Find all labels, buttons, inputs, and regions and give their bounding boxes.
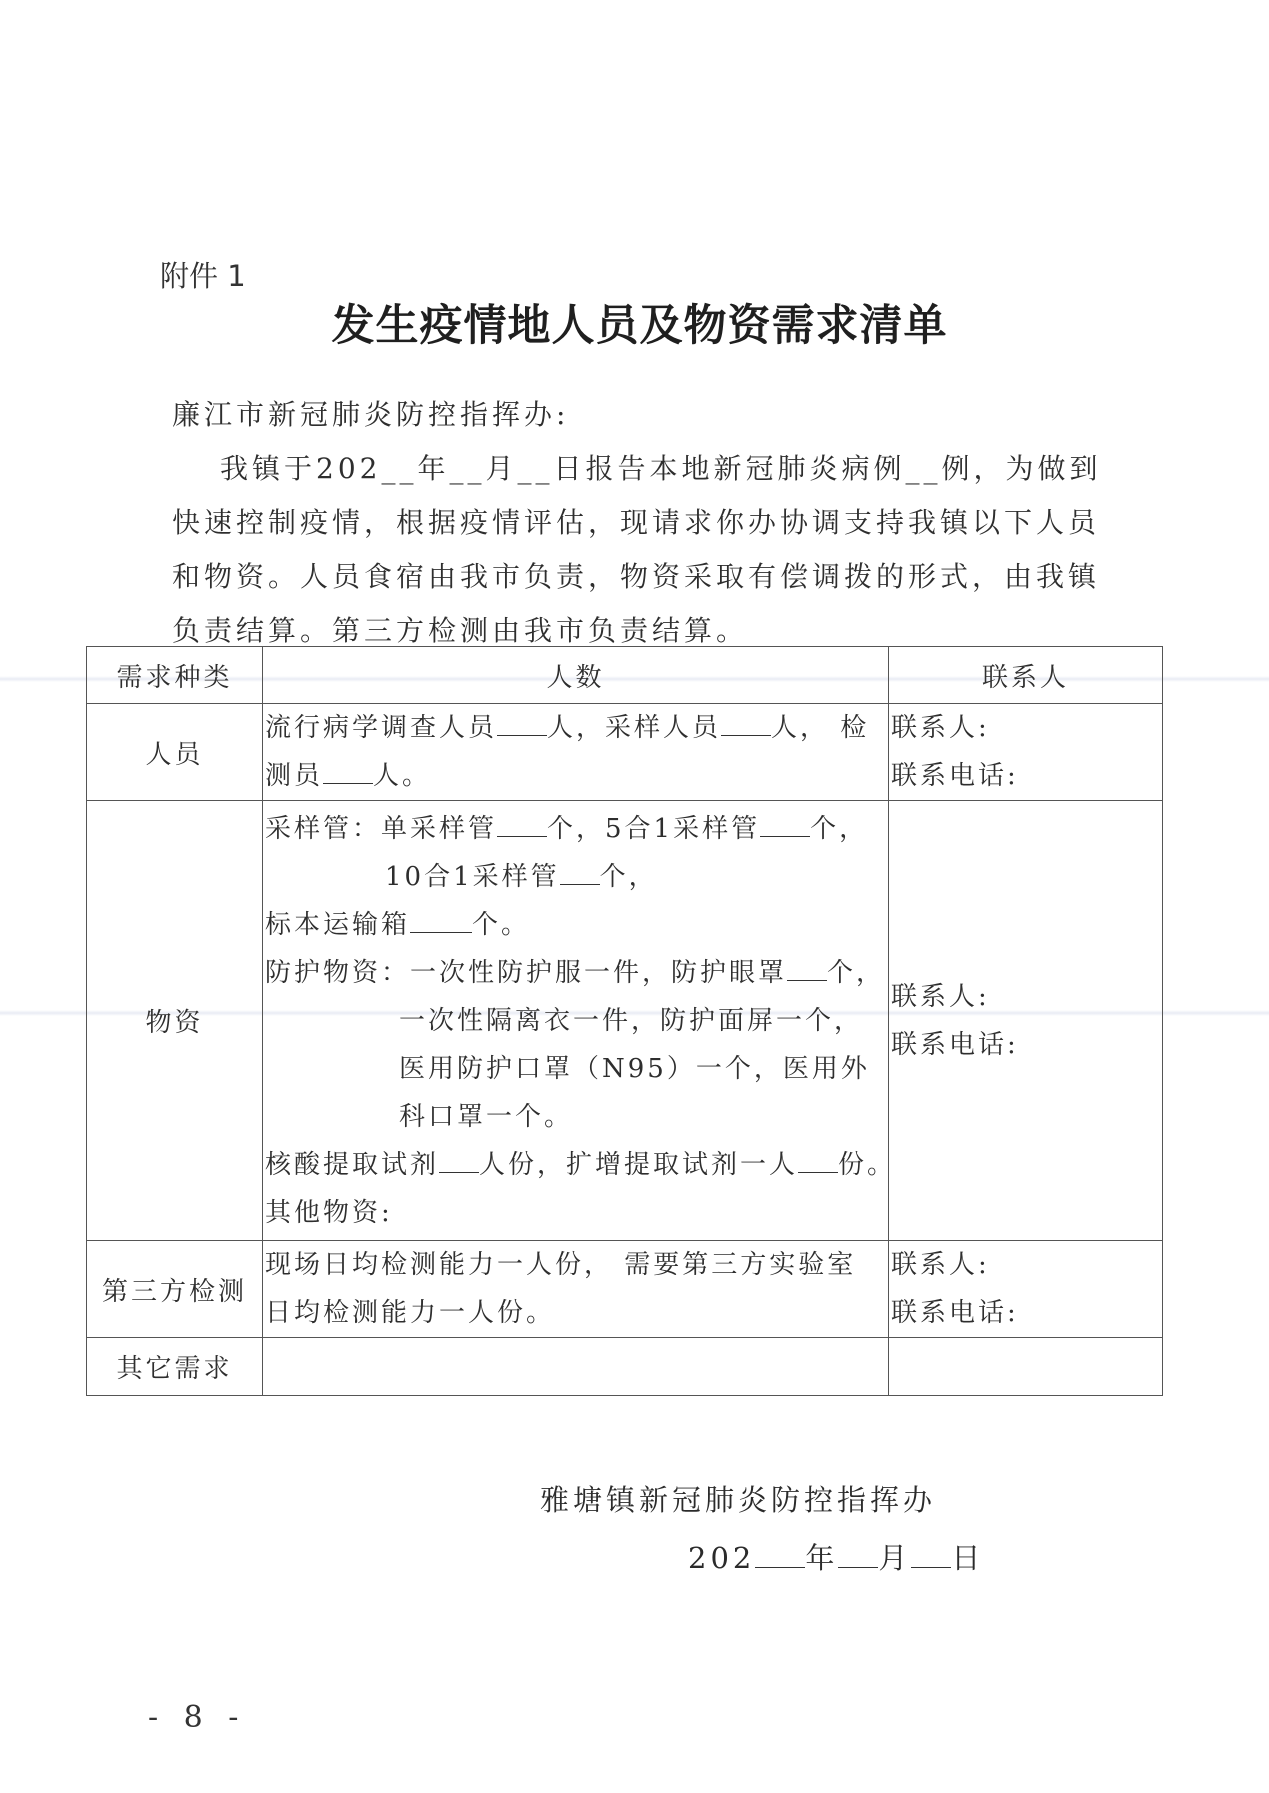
- supplies-line-5: 一次性隔离衣一件，防护面屏一个，: [265, 997, 888, 1045]
- contact-person-label: 联系人:: [891, 973, 1162, 1021]
- table-row-supplies: 物资 采样管：单采样管个，5合1采样管个， 10合1采样管个， 标本运输箱个。 …: [87, 801, 1163, 1241]
- third-party-count-cell: 现场日均检测能力一人份， 需要第三方实验室 日均检测能力一人份。: [263, 1241, 889, 1338]
- supplies-count-cell: 采样管：单采样管个，5合1采样管个， 10合1采样管个， 标本运输箱个。 防护物…: [263, 801, 889, 1241]
- other-needs-contact-cell[interactable]: [889, 1338, 1163, 1396]
- fill-blank[interactable]: [560, 862, 600, 885]
- fill-blank[interactable]: [497, 713, 547, 736]
- request-paragraph: 我镇于202__年__月__日报告本地新冠肺炎病例__例，为做到快速控制疫情，根…: [172, 442, 1112, 658]
- row-type-supplies: 物资: [87, 801, 263, 1241]
- row-type-other: 其它需求: [87, 1338, 263, 1396]
- fill-blank[interactable]: [755, 1545, 805, 1568]
- header-type: 需求种类: [87, 647, 263, 704]
- fill-blank[interactable]: [787, 958, 827, 981]
- supplies-line-2: 10合1采样管个，: [265, 853, 888, 901]
- request-paragraph-text: 我镇于202__年__月__日报告本地新冠肺炎病例__例，为做到快速控制疫情，根…: [172, 452, 1101, 647]
- fill-blank[interactable]: [911, 1545, 951, 1568]
- table-row-third-party-testing: 第三方检测 现场日均检测能力一人份， 需要第三方实验室 日均检测能力一人份。 联…: [87, 1241, 1163, 1338]
- contact-phone-label: 联系电话:: [891, 1021, 1162, 1069]
- header-count: 人数: [263, 647, 889, 704]
- fill-blank[interactable]: [838, 1545, 878, 1568]
- fill-blank[interactable]: [410, 910, 472, 933]
- supplies-contact-cell: 联系人: 联系电话:: [889, 801, 1163, 1241]
- row-type-third-party: 第三方检测: [87, 1241, 263, 1338]
- supplies-line-4: 防护物资：一次性防护服一件，防护眼罩个，: [265, 949, 888, 997]
- contact-phone-label: 联系电话:: [891, 752, 1162, 800]
- supplies-line-6: 医用防护口罩（N95）一个，医用外: [265, 1045, 888, 1093]
- personnel-line-1: 流行病学调查人员人，采样人员人， 检: [265, 704, 888, 752]
- fill-blank[interactable]: [760, 814, 810, 837]
- supplies-line-3: 标本运输箱个。: [265, 901, 888, 949]
- personnel-count-cell: 流行病学调查人员人，采样人员人， 检 测员人。: [263, 704, 889, 801]
- page-number: - 8 -: [148, 1700, 246, 1735]
- personnel-line-2: 测员人。: [265, 752, 888, 800]
- document-title: 发生疫情地人员及物资需求清单: [0, 292, 1269, 353]
- signature-org: 雅塘镇新冠肺炎防控指挥办: [540, 1478, 936, 1519]
- requirements-table: 需求种类 人数 联系人 人员 流行病学调查人员人，采样人员人， 检 测员人。 联…: [86, 646, 1163, 1396]
- fill-blank[interactable]: [439, 1150, 479, 1173]
- attachment-label: 附件 1: [160, 254, 246, 295]
- supplies-line-1: 采样管：单采样管个，5合1采样管个，: [265, 805, 888, 853]
- supplies-line-8: 核酸提取试剂人份，扩增提取试剂一人份。: [265, 1141, 888, 1189]
- signature-date: 202年月日: [688, 1536, 984, 1577]
- contact-person-label: 联系人:: [891, 704, 1162, 752]
- table-header-row: 需求种类 人数 联系人: [87, 647, 1163, 704]
- third-party-contact-cell: 联系人: 联系电话:: [889, 1241, 1163, 1338]
- fill-blank[interactable]: [721, 713, 771, 736]
- addressee: 廉江市新冠肺炎防控指挥办:: [172, 393, 569, 433]
- row-type-personnel: 人员: [87, 704, 263, 801]
- fill-blank[interactable]: [497, 814, 547, 837]
- fill-blank[interactable]: [798, 1150, 838, 1173]
- fill-blank[interactable]: [323, 761, 373, 784]
- other-needs-count-cell[interactable]: [263, 1338, 889, 1396]
- header-contact: 联系人: [889, 647, 1163, 704]
- table-row-personnel: 人员 流行病学调查人员人，采样人员人， 检 测员人。 联系人: 联系电话:: [87, 704, 1163, 801]
- third-party-line-1: 现场日均检测能力一人份， 需要第三方实验室: [265, 1241, 888, 1289]
- personnel-contact-cell: 联系人: 联系电话:: [889, 704, 1163, 801]
- contact-phone-label: 联系电话:: [891, 1289, 1162, 1337]
- contact-person-label: 联系人:: [891, 1241, 1162, 1289]
- third-party-line-2: 日均检测能力一人份。: [265, 1289, 888, 1337]
- supplies-line-9: 其他物资:: [265, 1189, 888, 1237]
- supplies-line-7: 科口罩一个。: [265, 1093, 888, 1141]
- table-row-other-needs: 其它需求: [87, 1338, 1163, 1396]
